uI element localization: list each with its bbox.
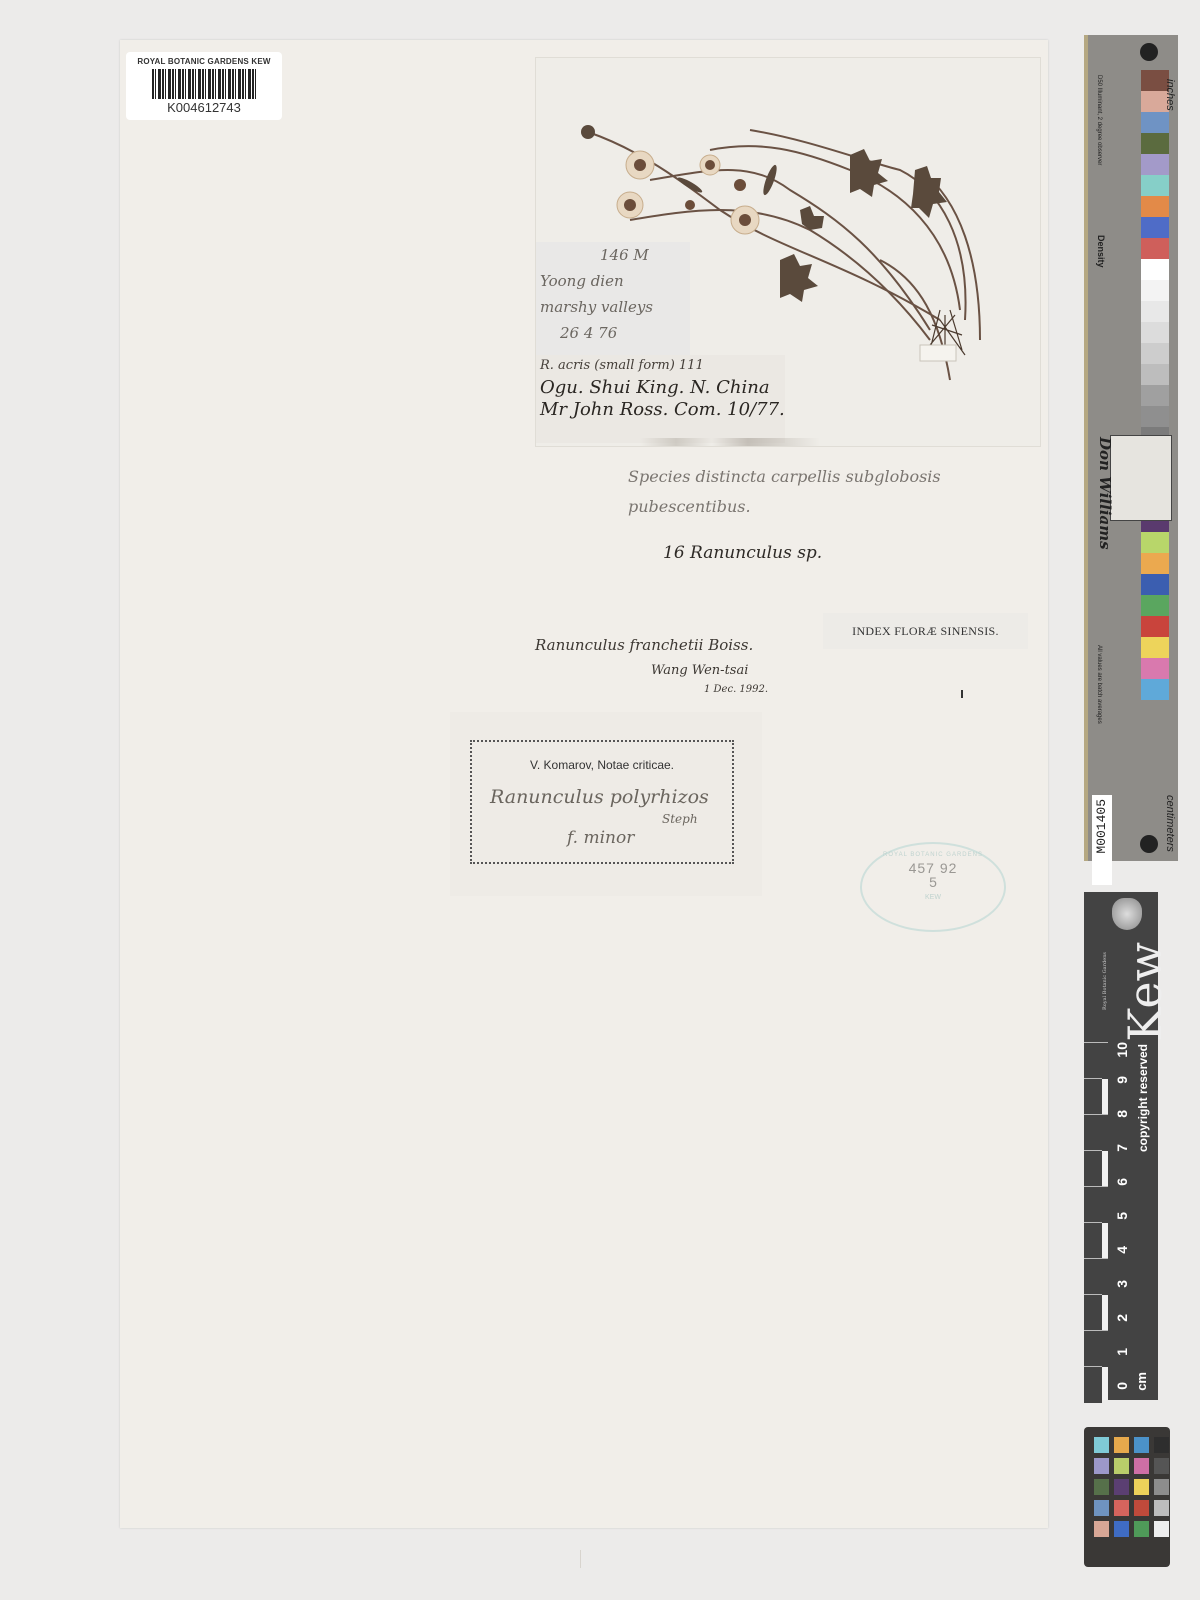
colour-checker-grid bbox=[1094, 1437, 1169, 1537]
komarov-form: f. minor bbox=[567, 828, 634, 848]
field-label-line: 26 4 76 bbox=[540, 320, 690, 346]
checker-patch bbox=[1154, 1479, 1169, 1495]
colour-swatch bbox=[1141, 280, 1169, 301]
strip-id: M001405 bbox=[1094, 799, 1109, 854]
colour-swatch bbox=[1141, 616, 1169, 637]
index-florae-label: INDEX FLORÆ SINENSIS. bbox=[823, 613, 1028, 649]
scale-number: 9 bbox=[1114, 1076, 1130, 1084]
komarov-handwritten-name: Ranunculus polyrhizos bbox=[490, 786, 709, 808]
ruler-segment bbox=[1084, 1366, 1102, 1403]
colour-swatch bbox=[1141, 406, 1169, 427]
checker-patch bbox=[1154, 1437, 1169, 1453]
colour-swatch bbox=[1141, 259, 1169, 280]
checker-patch bbox=[1134, 1521, 1149, 1537]
checker-patch bbox=[1114, 1521, 1129, 1537]
field-label-line: 146 M bbox=[540, 242, 690, 268]
colour-swatch bbox=[1141, 385, 1169, 406]
checker-patch bbox=[1134, 1500, 1149, 1516]
number-note: 16 Ranunculus sp. bbox=[663, 543, 822, 563]
kew-scale-bar: Kew Royal Botanic Gardens 012345678910 c… bbox=[1084, 892, 1158, 1400]
checker-patch bbox=[1094, 1500, 1109, 1516]
sheet-fold bbox=[580, 1550, 581, 1568]
komarov-card-title: V. Komarov, Notae criticae. bbox=[472, 758, 732, 772]
strip-units-inches: inches bbox=[1164, 79, 1176, 111]
checker-patch bbox=[1114, 1437, 1129, 1453]
copyright-notice: copyright reserved bbox=[1136, 1044, 1150, 1152]
checker-patch bbox=[1094, 1479, 1109, 1495]
strip-brand: Don Williams bbox=[1096, 437, 1114, 550]
colour-swatch bbox=[1141, 196, 1169, 217]
scale-number: 8 bbox=[1114, 1110, 1130, 1118]
komarov-author: Steph bbox=[662, 812, 698, 826]
strip-grey-panel bbox=[1110, 435, 1172, 521]
field-label-line: marshy valleys bbox=[540, 294, 690, 320]
komarov-card: V. Komarov, Notae criticae. Ranunculus p… bbox=[470, 740, 734, 864]
scale-number: 3 bbox=[1114, 1280, 1130, 1288]
ruler-segment bbox=[1084, 1186, 1108, 1223]
field-label-collection-2: R. acris (small form) 111 Ogu. Shui King… bbox=[536, 355, 785, 443]
ruler-segment bbox=[1084, 1078, 1102, 1115]
determination-date: 1 Dec. 1992. bbox=[704, 684, 768, 695]
ruler-segment bbox=[1084, 1294, 1102, 1331]
scale-number: 7 bbox=[1114, 1144, 1130, 1152]
checker-patch bbox=[1154, 1500, 1169, 1516]
field-label-line: R. acris (small form) 111 bbox=[540, 355, 785, 377]
kew-logo: Kew bbox=[1118, 942, 1172, 1042]
colour-swatches bbox=[1141, 70, 1169, 700]
colour-swatch bbox=[1141, 133, 1169, 154]
strip-id-label: M001405 bbox=[1092, 795, 1112, 885]
pencil-mark bbox=[961, 690, 963, 698]
colour-swatch bbox=[1141, 658, 1169, 679]
species-note: Species distincta carpellis subglobosis … bbox=[628, 462, 1028, 522]
colour-swatch bbox=[1141, 637, 1169, 658]
colour-swatch bbox=[1141, 553, 1169, 574]
colour-swatch bbox=[1141, 532, 1169, 553]
stamp-bottom-text: KEW bbox=[862, 894, 1004, 901]
barcode-label: ROYAL BOTANIC GARDENS KEW K004612743 bbox=[126, 52, 282, 120]
checker-patch bbox=[1114, 1458, 1129, 1474]
strip-hole-icon bbox=[1140, 43, 1158, 61]
scale-unit: cm bbox=[1134, 1372, 1149, 1391]
colour-swatch bbox=[1141, 364, 1169, 385]
colour-checker-card bbox=[1084, 1427, 1170, 1567]
colour-swatch bbox=[1141, 154, 1169, 175]
barcode-icon bbox=[152, 69, 256, 99]
ruler-segment bbox=[1084, 1258, 1108, 1295]
checker-patch bbox=[1154, 1458, 1169, 1474]
colour-swatch bbox=[1141, 343, 1169, 364]
colour-swatch bbox=[1141, 217, 1169, 238]
ruler-segment bbox=[1084, 1114, 1108, 1151]
institution-name: ROYAL BOTANIC GARDENS KEW bbox=[126, 57, 282, 66]
ruler-segment bbox=[1084, 1150, 1102, 1187]
scale-number: 5 bbox=[1114, 1212, 1130, 1220]
colour-swatch bbox=[1141, 238, 1169, 259]
scale-number: 10 bbox=[1114, 1042, 1130, 1058]
ink-smudge bbox=[640, 438, 820, 446]
checker-patch bbox=[1134, 1458, 1149, 1474]
ruler-segment bbox=[1084, 1222, 1102, 1259]
checker-patch bbox=[1134, 1437, 1149, 1453]
checker-patch bbox=[1114, 1500, 1129, 1516]
scale-numbers: 012345678910 bbox=[1114, 1042, 1136, 1400]
scale-number: 1 bbox=[1114, 1348, 1130, 1356]
colour-swatch bbox=[1141, 112, 1169, 133]
colour-swatch bbox=[1141, 175, 1169, 196]
kew-crest-icon bbox=[1112, 898, 1142, 930]
scale-number: 6 bbox=[1114, 1178, 1130, 1186]
field-label-line: Yoong dien bbox=[540, 268, 690, 294]
field-label-collection-1: 146 M Yoong dien marshy valleys 26 4 76 bbox=[536, 242, 690, 362]
scale-number: 4 bbox=[1114, 1246, 1130, 1254]
colour-calibration-strip: inches centimeters D50 Illuminant, 2 deg… bbox=[1084, 35, 1178, 861]
determination-name: Ranunculus franchetii Boiss. bbox=[535, 636, 753, 654]
scale-ruler bbox=[1084, 1042, 1108, 1400]
field-label-line: Mr John Ross. Com. 10/77. bbox=[540, 399, 785, 421]
checker-patch bbox=[1094, 1458, 1109, 1474]
scale-number: 2 bbox=[1114, 1314, 1130, 1322]
ruler-segment bbox=[1084, 1042, 1108, 1079]
stamp-sub-number: 5 bbox=[862, 874, 1004, 890]
determiner-name: Wang Wen-tsai bbox=[651, 663, 748, 678]
barcode-number: K004612743 bbox=[126, 100, 282, 115]
ruler-segment bbox=[1084, 1330, 1108, 1367]
checker-patch bbox=[1154, 1521, 1169, 1537]
strip-units-cm: centimeters bbox=[1164, 795, 1176, 852]
checker-patch bbox=[1094, 1437, 1109, 1453]
kew-logo-subtitle: Royal Botanic Gardens bbox=[1102, 952, 1108, 1010]
field-label-line: Ogu. Shui King. N. China bbox=[540, 377, 785, 399]
colour-swatch bbox=[1141, 301, 1169, 322]
checker-patch bbox=[1114, 1479, 1129, 1495]
accession-stamp: ROYAL BOTANIC GARDENS 457 92 5 KEW bbox=[860, 842, 1006, 932]
checker-patch bbox=[1134, 1479, 1149, 1495]
colour-swatch bbox=[1141, 574, 1169, 595]
stamp-top-text: ROYAL BOTANIC GARDENS bbox=[862, 852, 1004, 858]
colour-swatch bbox=[1141, 322, 1169, 343]
strip-density-label: Density bbox=[1096, 235, 1106, 268]
scale-number: 0 bbox=[1114, 1382, 1130, 1390]
colour-swatch bbox=[1141, 595, 1169, 616]
colour-swatch bbox=[1141, 679, 1169, 700]
strip-hole-icon bbox=[1140, 835, 1158, 853]
strip-illuminant-note: D50 Illuminant, 2 degree observer bbox=[1096, 75, 1102, 165]
checker-patch bbox=[1094, 1521, 1109, 1537]
strip-values-note: All values are batch averages bbox=[1096, 645, 1102, 724]
